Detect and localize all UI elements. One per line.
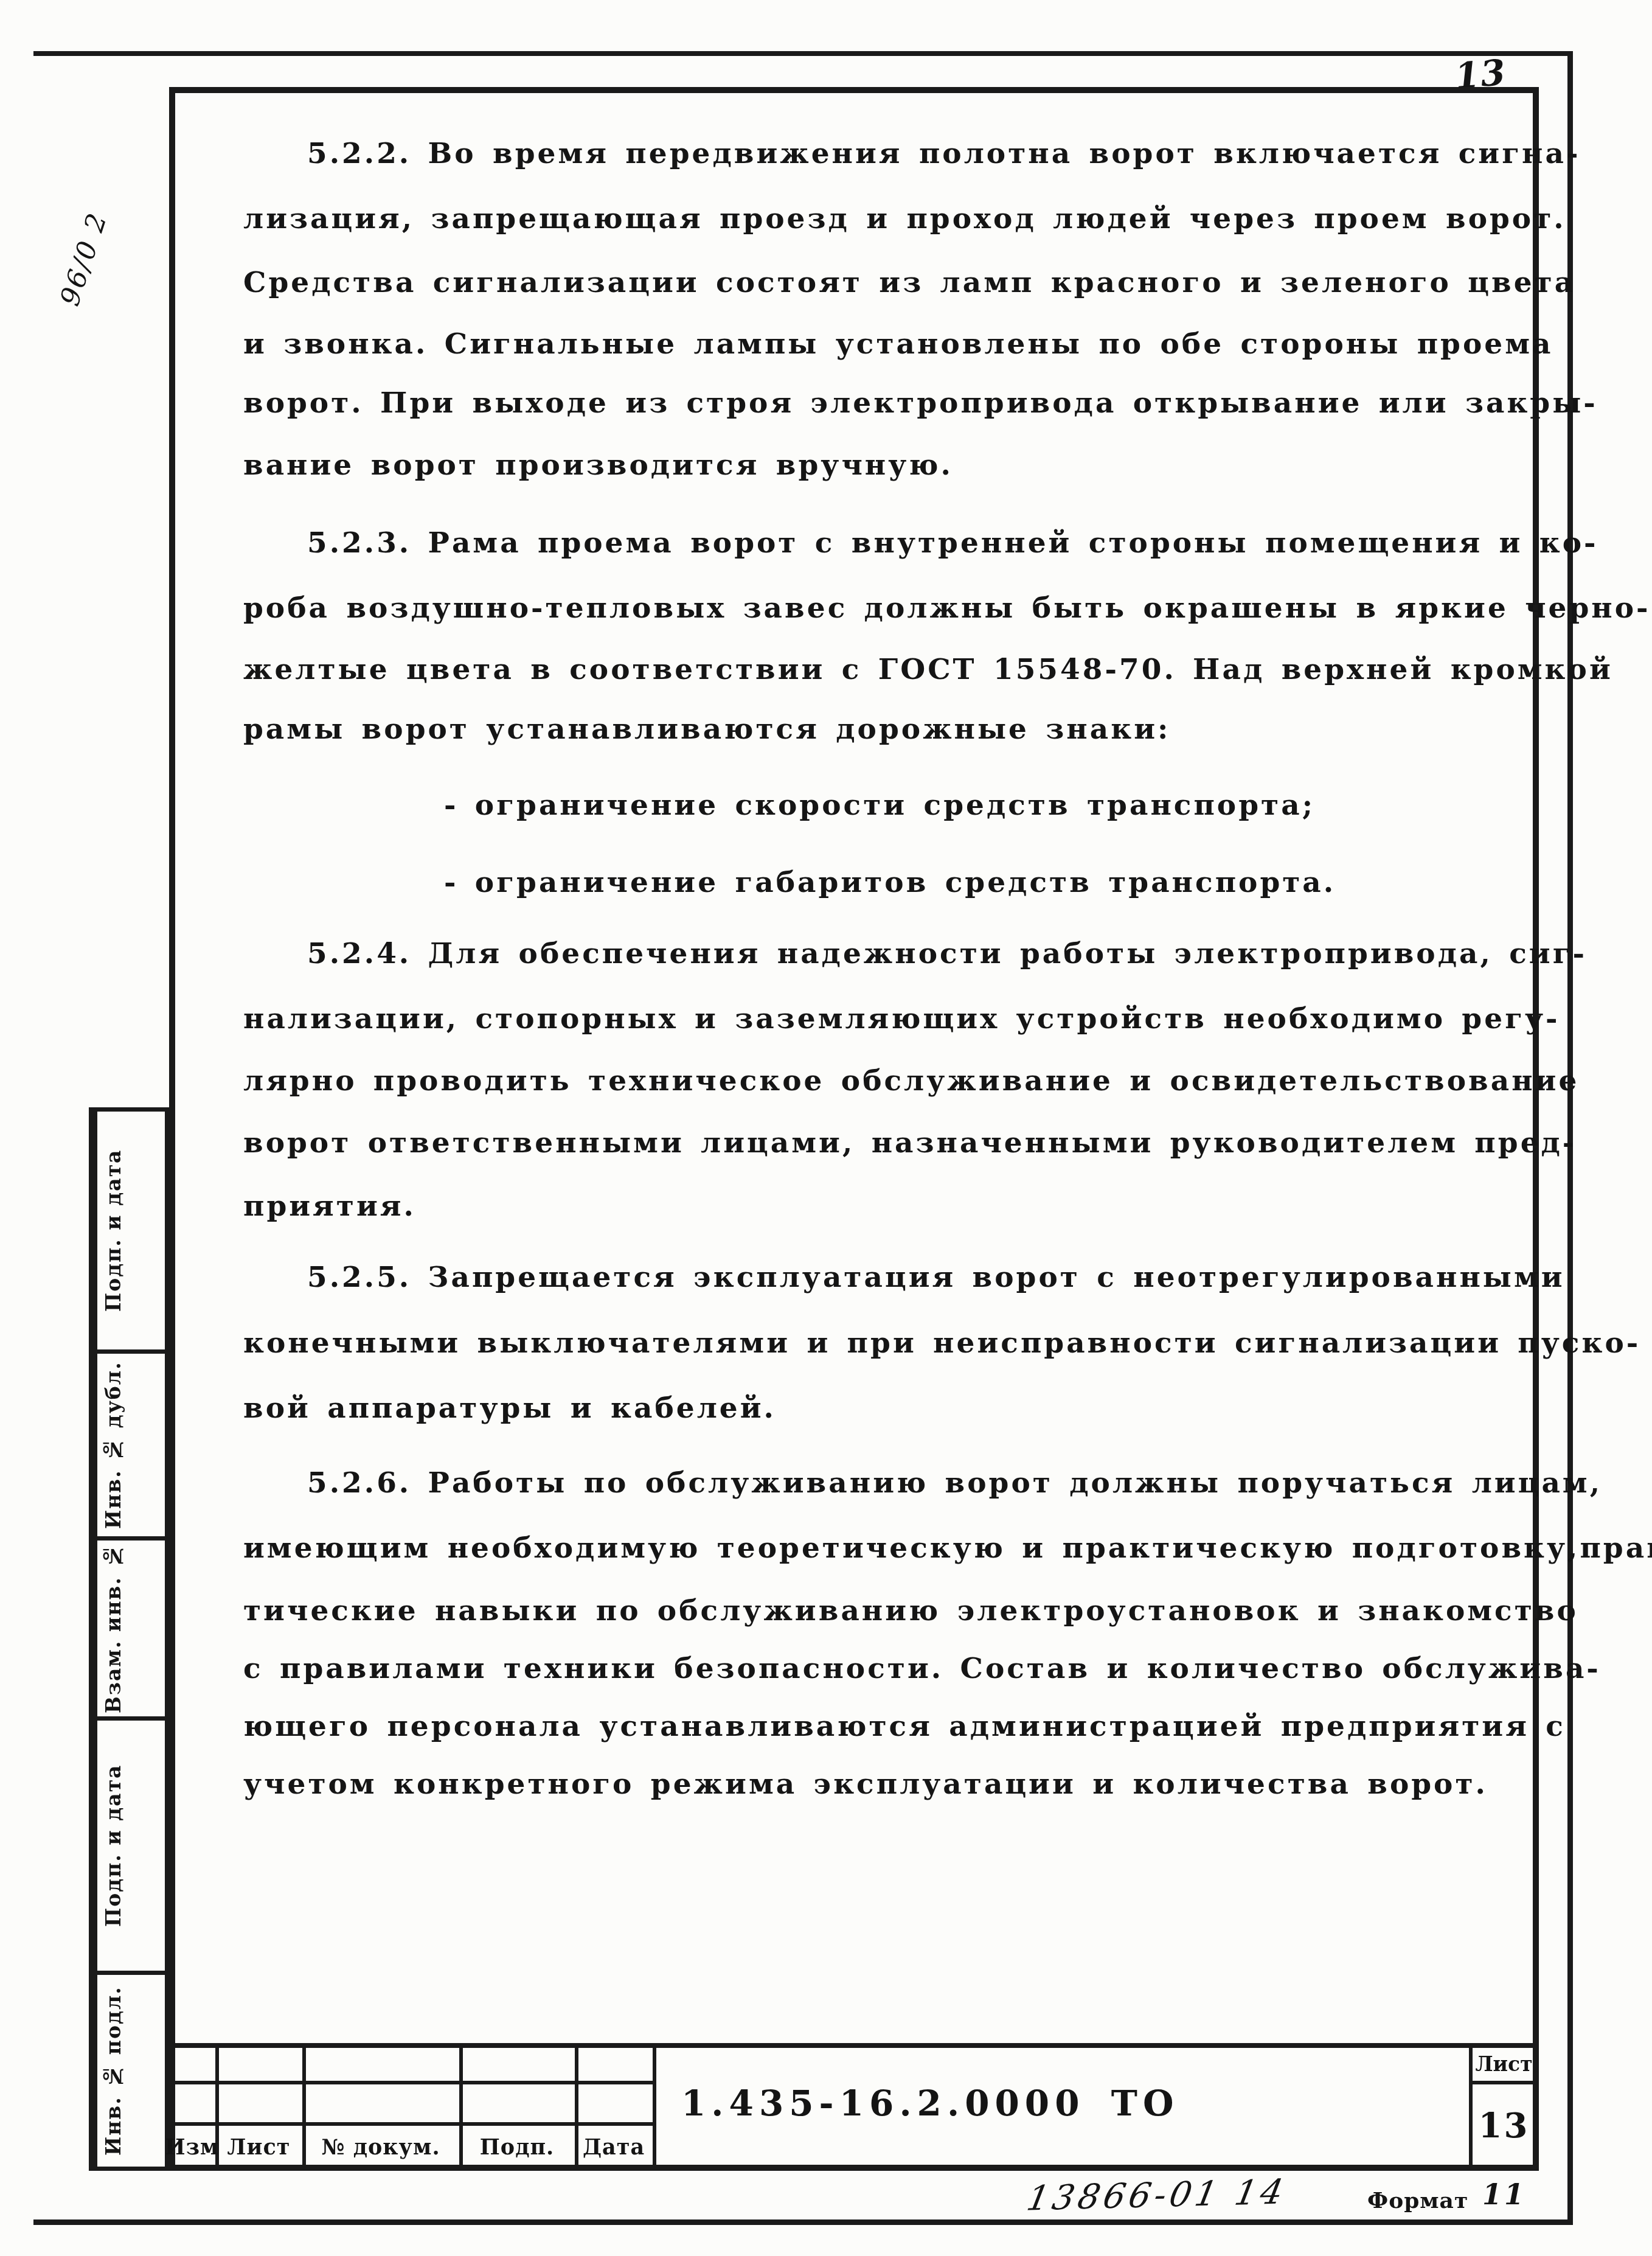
- sheet-label: Лист: [1469, 2047, 1539, 2081]
- text-line: роба воздушно-тепловых завес должны быть…: [243, 591, 1651, 625]
- scanned-document-sheet: 13 96/0 2 5.2.2. Во время передвижения п…: [0, 0, 1652, 2256]
- margin-handwritten-note: 96/0 2: [49, 190, 119, 327]
- text-line-list-item: - ограничение габаритов средств транспор…: [444, 866, 1336, 899]
- sidebar-cell-blank: [129, 1541, 165, 1716]
- column-header-list: Лист: [215, 2127, 302, 2167]
- sidebar-cell-inv-dubl: Инв. № дубл.: [89, 1349, 169, 1541]
- title-block-row-line: [169, 2081, 656, 2084]
- document-designation: 1.435-16.2.0000 ТО: [681, 2083, 1179, 2124]
- format-label: Формат: [1367, 2188, 1468, 2213]
- column-header-data: Дата: [575, 2127, 653, 2167]
- text-line: рамы ворот устанавливаются дорожные знак…: [243, 712, 1170, 746]
- column-header-podp: Подп.: [459, 2127, 575, 2167]
- sidebar-cell-blank: [129, 1721, 165, 1971]
- sidebar-cell-label: Инв. № подл.: [93, 1975, 129, 2167]
- text-line: лярно проводить техническое обслуживание…: [243, 1064, 1579, 1098]
- sidebar-cell-inv-podl: Инв. № подл.: [89, 1971, 169, 2171]
- sidebar-cell-label: Подп. и дата: [93, 1112, 129, 1349]
- sidebar-cell-blank: [129, 1975, 165, 2167]
- sheet-number: 13: [1469, 2084, 1539, 2167]
- text-line: тические навыки по обслуживанию электроу…: [243, 1594, 1578, 1628]
- sidebar-cell-vzam-inv: Взам. инв. №: [89, 1536, 169, 1721]
- text-line: ворот. При выходе из строя электропривод…: [243, 386, 1598, 420]
- sidebar-cell-blank: [129, 1354, 165, 1536]
- text-line: конечными выключателями и при неисправно…: [243, 1326, 1640, 1360]
- text-line: 5.2.5. Запрещается эксплуатация ворот с …: [307, 1261, 1565, 1294]
- sidebar-cell-label: Взам. инв. №: [93, 1541, 129, 1716]
- text-line: приятия.: [243, 1189, 416, 1223]
- text-line: и звонка. Сигнальные лампы установлены п…: [243, 327, 1553, 361]
- title-block-row-line: [169, 2122, 656, 2126]
- outer-border-top: [33, 51, 1572, 56]
- text-line: вание ворот производится вручную.: [243, 448, 953, 482]
- text-line: Средства сигнализации состоят из ламп кр…: [243, 266, 1575, 299]
- sidebar-cell-label: Инв. № дубл.: [93, 1354, 129, 1536]
- footer-handwritten-order-number: 13866-01 14: [1024, 2172, 1290, 2218]
- sidebar-cell-blank: [129, 1112, 165, 1349]
- text-line: желтые цвета в соответствии с ГОСТ 15548…: [243, 653, 1613, 686]
- column-header-dokum: № докум.: [302, 2127, 459, 2167]
- text-line: 5.2.4. Для обеспечения надежности работы…: [307, 937, 1587, 970]
- text-line: нализации, стопорных и заземляющих устро…: [243, 1002, 1560, 1036]
- text-line: ворот ответственными лицами, назначенным…: [243, 1126, 1577, 1160]
- text-line: 5.2.3. Рама проема ворот с внутренней ст…: [307, 526, 1598, 560]
- sidebar-cell-podp-data-1: Подп. и дата: [89, 1107, 169, 1354]
- sidebar-cell-label: Подп. и дата: [93, 1721, 129, 1971]
- outer-border-bottom: [33, 2219, 1573, 2225]
- text-line: лизация, запрещающая проезд и проход люд…: [243, 202, 1566, 235]
- text-line: вой аппаратуры и кабелей.: [243, 1391, 776, 1425]
- text-line: имеющим необходимую теоретическую и прак…: [243, 1531, 1652, 1565]
- column-header-izm: Изм: [169, 2127, 215, 2167]
- sidebar-cell-podp-data-2: Подп. и дата: [89, 1716, 169, 1975]
- text-line: 5.2.6. Работы по обслуживанию ворот долж…: [307, 1466, 1602, 1500]
- format-value: 11: [1482, 2178, 1526, 2211]
- text-line-list-item: - ограничение скорости средств транспорт…: [444, 789, 1315, 822]
- text-line: ющего персонала устанавливаются админист…: [243, 1710, 1566, 1743]
- text-line: с правилами техники безопасности. Состав…: [243, 1652, 1601, 1685]
- text-line: 5.2.2. Во время передвижения полотна вор…: [307, 137, 1580, 170]
- title-block-top-line: [169, 2043, 1539, 2048]
- title-block-column-line: [653, 2043, 656, 2171]
- text-line: учетом конкретного режима эксплуатации и…: [243, 1767, 1488, 1801]
